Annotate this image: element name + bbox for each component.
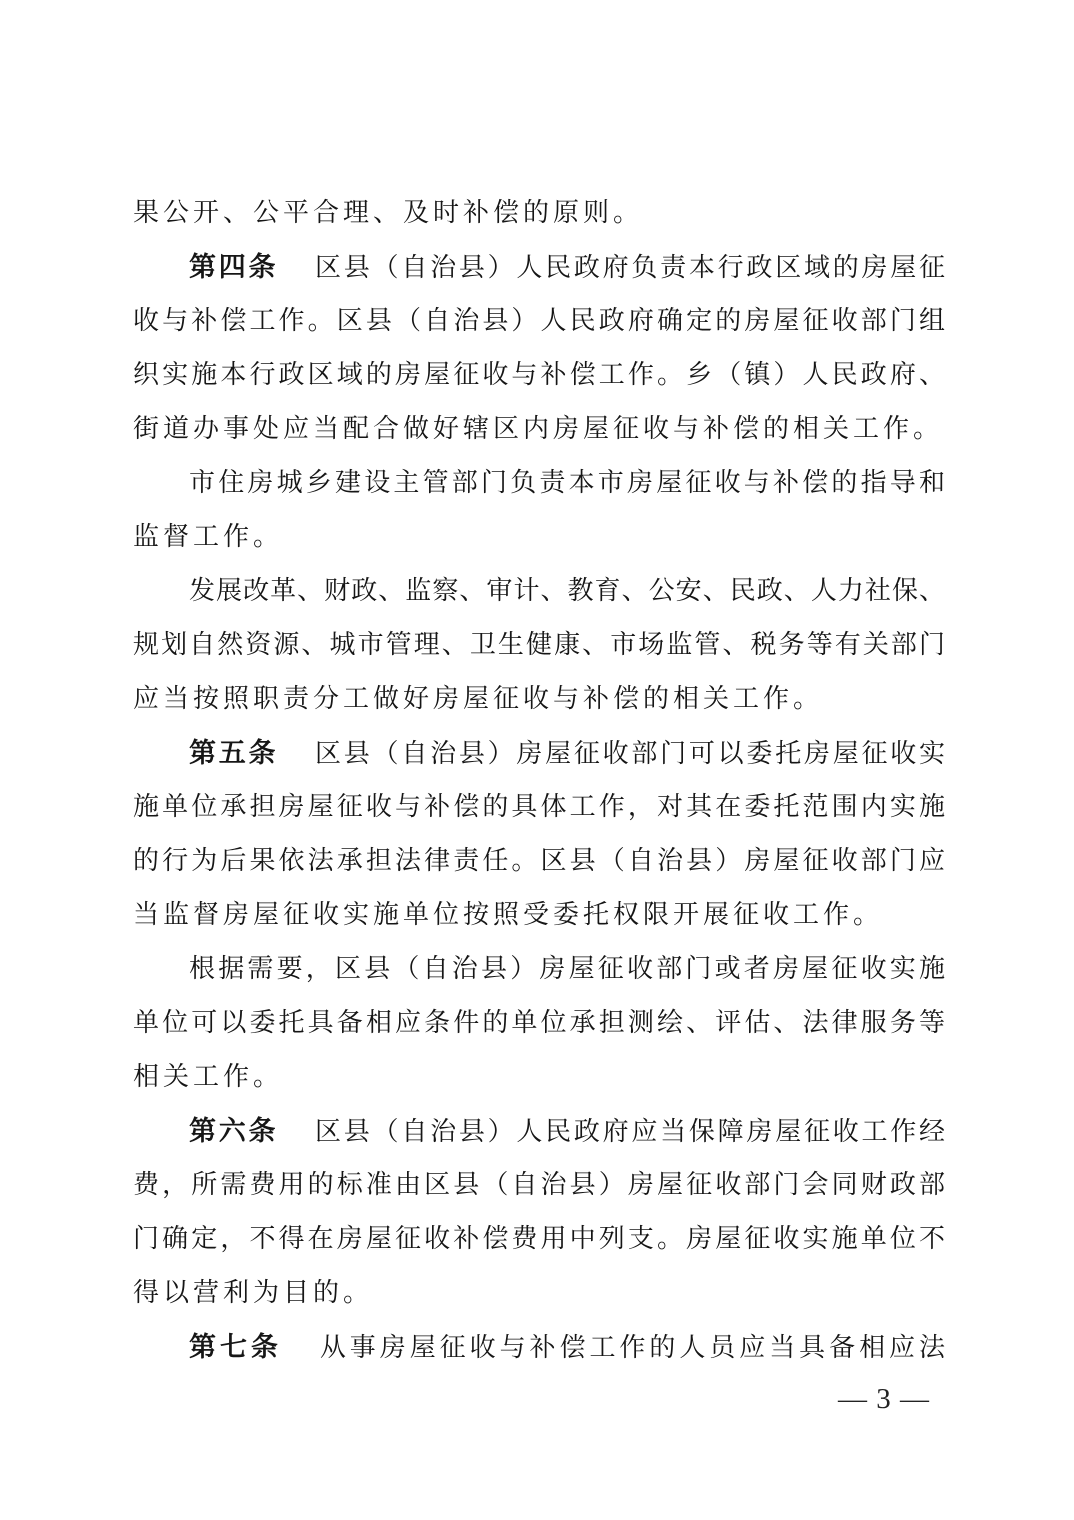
text-line: 单位可以委托具备相应条件的单位承担测绘、评估、法律服务等 xyxy=(133,996,945,1050)
text-line: 根据需要，区县（自治县）房屋征收部门或者房屋征收实施 xyxy=(133,942,945,996)
text-line: 应当按照职责分工做好房屋征收与补偿的相关工作。 xyxy=(133,672,945,726)
article-text: 区县（自治县）人民政府负责本行政区域的房屋征 xyxy=(312,253,945,282)
article-number: 第五条 xyxy=(189,738,278,768)
head-gap xyxy=(278,1139,312,1140)
text-line: 门确定，不得在房屋征收补偿费用中列支。房屋征收实施单位不 xyxy=(133,1212,945,1266)
document-page: 果公开、公平合理、及时补偿的原则。 第四条区县（自治县）人民政府负责本行政区域的… xyxy=(0,0,1074,1520)
article-number: 第七条 xyxy=(189,1332,282,1362)
text-line: 市住房城乡建设主管部门负责本市房屋征收与补偿的指导和 xyxy=(133,456,945,510)
article-text: 区县（自治县）房屋征收部门可以委托房屋征收实 xyxy=(312,739,945,768)
text-line: 监督工作。 xyxy=(133,510,945,564)
article-text: 从事房屋征收与补偿工作的人员应当具备相应法 xyxy=(316,1333,945,1362)
text-line: 收与补偿工作。区县（自治县）人民政府确定的房屋征收部门组 xyxy=(133,294,945,348)
text-line: 发展改革、财政、监察、审计、教育、公安、民政、人力社保、 xyxy=(133,564,945,618)
text-line: 织实施本行政区域的房屋征收与补偿工作。乡（镇）人民政府、 xyxy=(133,348,945,402)
text-line: 施单位承担房屋征收与补偿的具体工作，对其在委托范围内实施 xyxy=(133,780,945,834)
text-line: 相关工作。 xyxy=(133,1050,945,1104)
text-line-article-6: 第六条区县（自治县）人民政府应当保障房屋征收工作经 xyxy=(133,1104,945,1158)
text-line: 费，所需费用的标准由区县（自治县）房屋征收部门会同财政部 xyxy=(133,1158,945,1212)
article-number: 第六条 xyxy=(189,1116,278,1146)
article-number: 第四条 xyxy=(189,252,278,282)
head-gap xyxy=(278,761,312,762)
text-line: 得以营利为目的。 xyxy=(133,1266,945,1320)
text-line-article-5: 第五条区县（自治县）房屋征收部门可以委托房屋征收实 xyxy=(133,726,945,780)
text-line: 的行为后果依法承担法律责任。区县（自治县）房屋征收部门应 xyxy=(133,834,945,888)
head-gap xyxy=(282,1355,316,1356)
document-body: 果公开、公平合理、及时补偿的原则。 第四条区县（自治县）人民政府负责本行政区域的… xyxy=(133,186,945,1374)
text-line-article-7: 第七条从事房屋征收与补偿工作的人员应当具备相应法 xyxy=(133,1320,945,1374)
text-line-article-4: 第四条区县（自治县）人民政府负责本行政区域的房屋征 xyxy=(133,240,945,294)
head-gap xyxy=(278,275,312,276)
text-line: 街道办事处应当配合做好辖区内房屋征收与补偿的相关工作。 xyxy=(133,402,945,456)
text-line: 规划自然资源、城市管理、卫生健康、市场监管、税务等有关部门 xyxy=(133,618,945,672)
text-line: 果公开、公平合理、及时补偿的原则。 xyxy=(133,186,945,240)
text-line: 当监督房屋征收实施单位按照受委托权限开展征收工作。 xyxy=(133,888,945,942)
page-number: — 3 — xyxy=(838,1384,930,1414)
article-text: 区县（自治县）人民政府应当保障房屋征收工作经 xyxy=(312,1117,945,1146)
